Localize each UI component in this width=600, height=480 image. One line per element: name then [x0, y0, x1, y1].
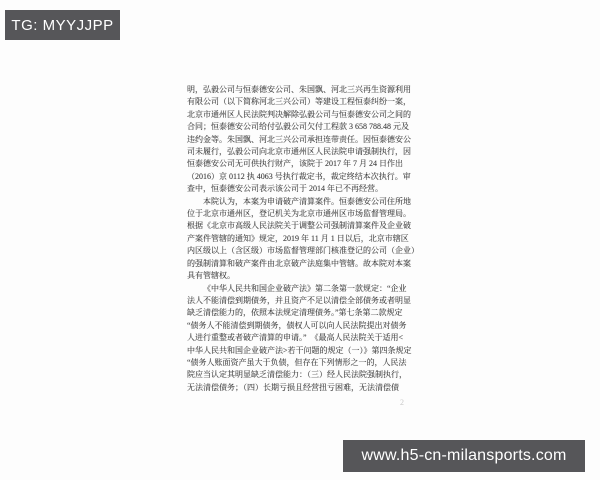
document-line: 中华人民共和国企业破产法>若干问题的规定（一）》第四条规定 — [187, 345, 417, 357]
document-line: 根据《北京市高级人民法院关于调整公司强制清算案件及企业破 — [187, 220, 417, 232]
document-line: 有限公司（以下简称河北三兴公司）等建设工程恒泰纠纷一案， — [187, 96, 417, 108]
website-watermark-label: www.h5-cn-milansports.com — [361, 447, 566, 465]
document-line: 查中，恒泰德安公司表示该公司于 2014 年已不再经营。 — [187, 183, 417, 195]
document-line: 无法清偿债务；（四）长期亏损且经营扭亏困难，无法清偿债 — [187, 382, 417, 394]
website-watermark-banner: www.h5-cn-milansports.com — [343, 440, 585, 472]
document-line: （2016）京 0112 执 4063 号执行裁定书，裁定终结本次执行。审 — [187, 171, 417, 183]
document-line: 缺乏清偿能力的，依照本法规定清理债务。”第七条第二款规定 — [187, 307, 417, 319]
document-line: 人进行重整或者破产清算的申请。” 《最高人民法院关于适用< — [187, 332, 417, 344]
page-number: 2 — [400, 398, 404, 407]
telegram-watermark-banner: TG: MYYJJPP — [5, 10, 120, 40]
document-line: 北京市通州区人民法院判决解除弘毅公司与恒泰德安公司之间的 — [187, 109, 417, 121]
document-line: 明，弘毅公司与恒泰德安公司、朱国飘、河北三兴再生资源利用 — [187, 84, 417, 96]
document-line: 产案件管辖的通知》规定，2019 年 11 月 1 日以后，北京市辖区 — [187, 233, 417, 245]
document-line: 《中华人民共和国企业破产法》第二条第一款规定：“企业 — [187, 283, 417, 295]
document-line: “债务人不能清偿到期债务，债权人可以向人民法院提出对债务 — [187, 320, 417, 332]
document-line: 具有管辖权。 — [187, 270, 417, 282]
document-line: 的强制清算和破产案件由北京破产法庭集中管辖。故本院对本案 — [187, 258, 417, 270]
document-line: “债务人账面资产虽大于负债，但存在下列情形之一的，人民法 — [187, 357, 417, 369]
document-line: 违约金等。朱国飘、河北三兴公司承担连带责任。因恒泰德安公 — [187, 134, 417, 146]
document-line: 法人不能清偿到期债务，并且资产不足以清偿全部债务或者明显 — [187, 295, 417, 307]
document-line: 司未履行，弘毅公司向北京市通州区人民法院申请强制执行，因 — [187, 146, 417, 158]
document-line: 内区级以上（含区级）市场监督管理部门核准登记的公司（企业） — [187, 245, 417, 257]
document-line: 位于北京市通州区，登记机关为北京市通州区市场监督管理局。 — [187, 208, 417, 220]
document-line: 院应当认定其明显缺乏清偿能力：（三）经人民法院强制执行， — [187, 369, 417, 381]
telegram-watermark-label: TG: MYYJJPP — [11, 17, 113, 34]
document-line: 恒泰德安公司无可供执行财产，该院于 2017 年 7 月 24 日作出 — [187, 158, 417, 170]
document-page: 明，弘毅公司与恒泰德安公司、朱国飘、河北三兴再生资源利用 有限公司（以下简称河北… — [187, 84, 417, 394]
document-line: 合同；恒泰德安公司给付弘毅公司欠付工程款 3 658 788.48 元及 — [187, 121, 417, 133]
screenshot-root: TG: MYYJJPP 明，弘毅公司与恒泰德安公司、朱国飘、河北三兴再生资源利用… — [0, 0, 600, 480]
document-line: 本院认为，本案为申请破产清算案件。恒泰德安公司住所地 — [187, 196, 417, 208]
